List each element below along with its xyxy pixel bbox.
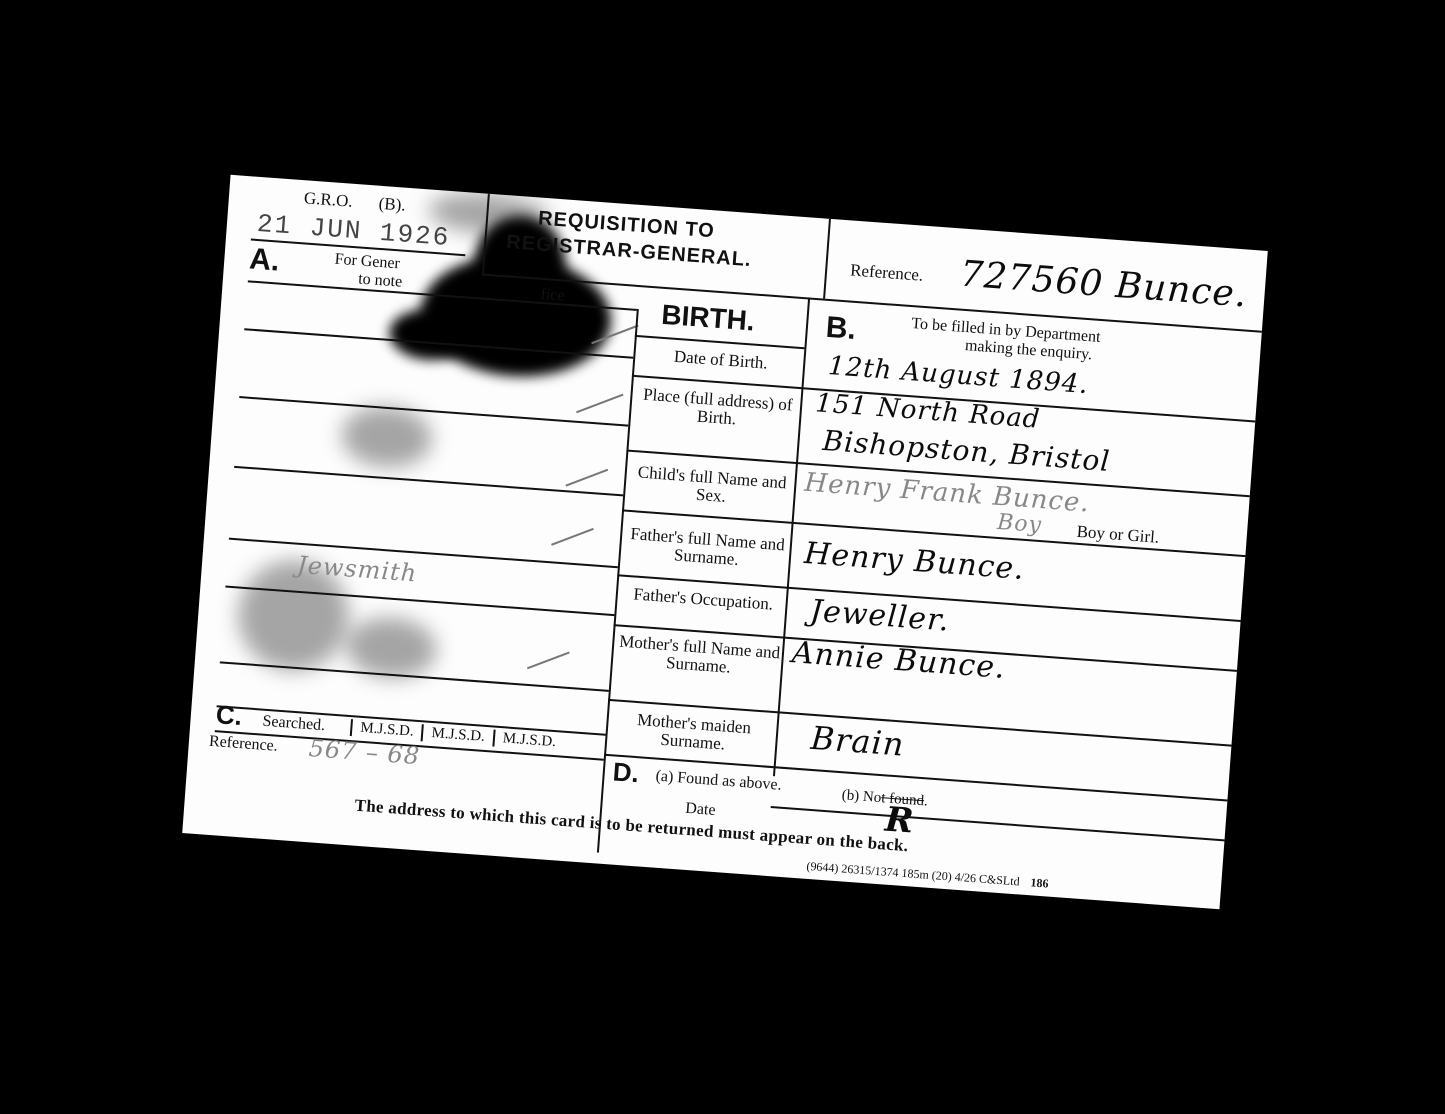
label-father-name: Father's full Name and Surname.: [623, 525, 790, 573]
label-place-of-birth: Place (full address) of Birth.: [634, 385, 801, 433]
label-mother-name: Mother's full Name and Surname.: [615, 632, 782, 680]
requisition-card: G.R.O. (B). 21 JUN 1926 A. For Gener to …: [182, 175, 1268, 909]
section-b-letter: B.: [825, 311, 857, 347]
return-address-notice: The address to which this card is to be …: [354, 796, 909, 857]
searched-label: Searched.: [262, 713, 326, 736]
section-a-letter: A.: [248, 242, 280, 278]
value-mother-maiden: Brain: [809, 719, 905, 764]
check-mark: [551, 528, 594, 546]
value-place-line-2: Bishopston, Bristol: [821, 424, 1111, 478]
value-mother-name: Annie Bunce.: [791, 635, 1007, 686]
value-child-name: Henry Frank Bunce.: [803, 468, 1090, 519]
searched-column: M.J.S.D.: [492, 730, 564, 752]
section-c-letter: C.: [215, 699, 243, 732]
value-father-name: Henry Bunce.: [803, 536, 1026, 587]
smudge: [340, 404, 434, 470]
check-mark: [527, 651, 570, 669]
label-date-of-birth: Date of Birth.: [638, 345, 804, 375]
searched-column: M.J.S.D.: [421, 724, 493, 746]
found-as-above: (a) Found as above.: [655, 768, 782, 795]
label-father-occupation: Father's Occupation.: [620, 585, 786, 615]
date-label: Date: [685, 800, 716, 820]
label-child-name: Child's full Name and Sex.: [628, 463, 795, 511]
print-code: (9644) 26315/1374 185m (20) 4/26 C&SLtd …: [806, 859, 1049, 892]
value-father-occupation: Jeweller.: [809, 593, 951, 638]
form-code: G.R.O. (B).: [303, 188, 406, 215]
section-a-text-1: For Gener: [334, 251, 400, 274]
reference-value: 727560 Bunce.: [959, 254, 1249, 316]
birth-heading: BIRTH.: [660, 299, 755, 338]
section-c-reference-label: Reference.: [208, 733, 278, 756]
section-d-letter: D.: [612, 756, 640, 789]
check-mark: [565, 469, 608, 487]
reference-label: Reference.: [849, 260, 923, 285]
value-child-sex: Boy: [996, 510, 1043, 538]
check-mark: [576, 394, 623, 414]
label-mother-maiden: Mother's maiden Surname.: [610, 709, 777, 757]
